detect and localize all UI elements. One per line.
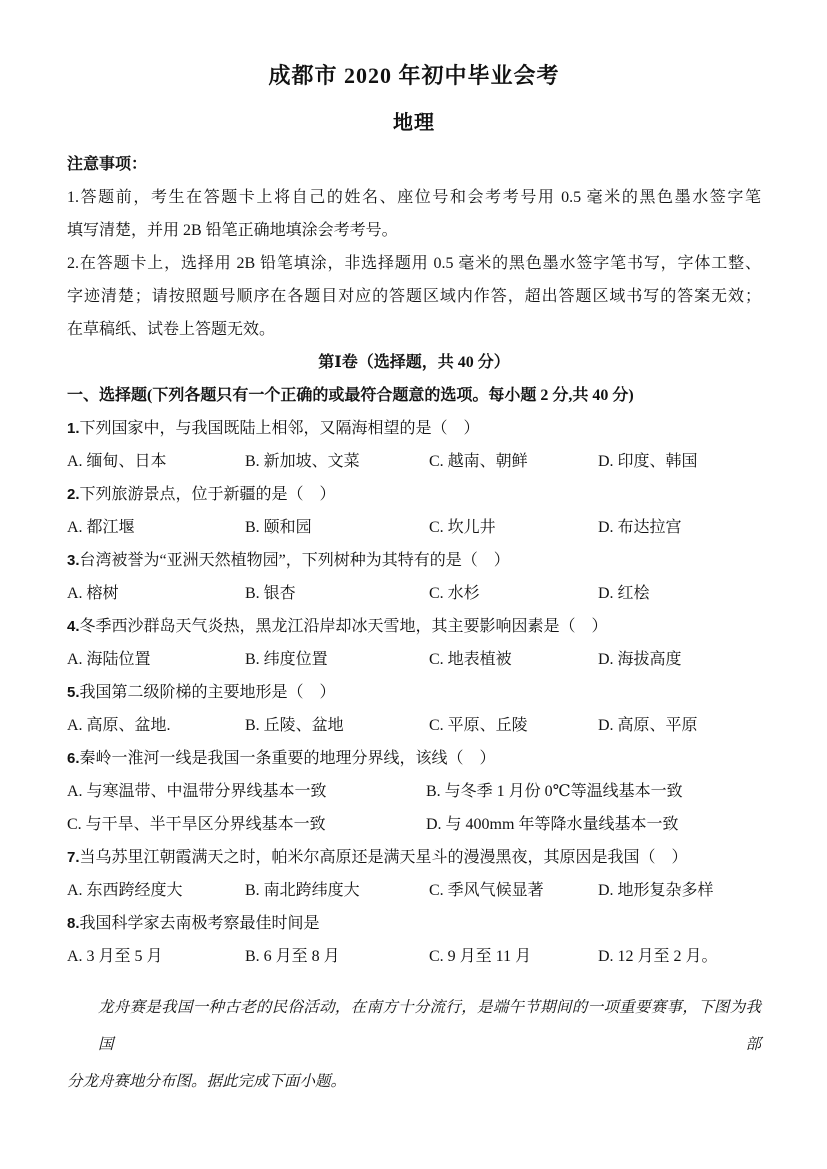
question-6-option-d: D. 与 400mm 年等降水量线基本一致 [426, 808, 761, 841]
notice-item2-line2: 字迹清楚；请按照题号顺序在各题目对应的答题区域内作答，超出答题区域书写的答案无效… [67, 280, 761, 313]
question-7-option-b: B. 南北跨纬度大 [245, 874, 429, 907]
passage-line-1: 龙舟赛是我国一种古老的民俗活动，在南方十分流行，是端午节期间的一项重要赛事，下图… [67, 989, 761, 1063]
question-5-option-c: C. 平原、丘陵 [429, 709, 598, 742]
question-8-option-d: D. 12 月至 2 月。 [598, 940, 761, 973]
question-6-options-row2: C. 与干旱、半干旱区分界线基本一致 D. 与 400mm 年等降水量线基本一致 [67, 808, 761, 841]
question-2-option-d: D. 布达拉宫 [598, 511, 761, 544]
question-7-stem: 7.当乌苏里江朝霞满天之时，帕米尔高原还是满天星斗的漫漫黑夜，其原因是我国（ ） [67, 841, 761, 874]
question-1-option-d: D. 印度、韩国 [598, 445, 761, 478]
question-4-number: 4. [67, 618, 80, 635]
question-2-stem: 2.下列旅游景点，位于新疆的是（ ） [67, 478, 761, 511]
question-4-option-c: C. 地表植被 [429, 643, 598, 676]
notice-item2-line1: 2.在答题卡上，选择用 2B 铅笔填涂，非选择题用 0.5 毫米的黑色墨水签字笔… [67, 247, 761, 280]
question-1-options: A. 缅甸、日本 B. 新加坡、文菜 C. 越南、朝鲜 D. 印度、韩国 [67, 445, 761, 478]
question-2-number: 2. [67, 486, 80, 503]
question-3-stem: 3.台湾被誉为“亚洲天然植物园”，下列树种为其特有的是（ ） [67, 544, 761, 577]
question-2-option-b: B. 颐和园 [245, 511, 429, 544]
question-4-option-a: A. 海陆位置 [67, 643, 245, 676]
question-8-text: 我国科学家去南极考察最佳时间是 [80, 915, 320, 932]
question-1-option-a: A. 缅甸、日本 [67, 445, 245, 478]
notice-item1-line2: 填写清楚，并用 2B 铅笔正确地填涂会考考号。 [67, 214, 761, 247]
question-5-option-b: B. 丘陵、盆地 [245, 709, 429, 742]
question-1-text: 下列国家中，与我国既陆上相邻，又隔海相望的是（ ） [80, 420, 480, 437]
question-5-option-a: A. 高原、盆地. [67, 709, 245, 742]
question-5-stem: 5.我国第二级阶梯的主要地形是（ ） [67, 676, 761, 709]
question-6-number: 6. [67, 750, 80, 767]
question-2-text: 下列旅游景点，位于新疆的是（ ） [80, 486, 336, 503]
question-7-number: 7. [67, 849, 80, 866]
question-7-option-c: C. 季风气候显著 [429, 874, 598, 907]
question-8-options: A. 3 月至 5 月 B. 6 月至 8 月 C. 9 月至 11 月 D. … [67, 940, 761, 973]
question-5-number: 5. [67, 684, 80, 701]
question-6-stem: 6.秦岭一淮河一线是我国一条重要的地理分界线，该线（ ） [67, 742, 761, 775]
passage-line-2: 分龙舟赛地分布图。据此完成下面小题。 [67, 1063, 761, 1100]
page-title: 成都市 2020 年初中毕业会考 [67, 60, 761, 92]
question-1-option-b: B. 新加坡、文菜 [245, 445, 429, 478]
question-3-option-c: C. 水杉 [429, 577, 598, 610]
question-3-options: A. 榕树 B. 银杏 C. 水杉 D. 红桧 [67, 577, 761, 610]
question-6-text: 秦岭一淮河一线是我国一条重要的地理分界线，该线（ ） [80, 750, 496, 767]
question-3-option-a: A. 榕树 [67, 577, 245, 610]
question-2-option-c: C. 坎儿井 [429, 511, 598, 544]
question-4-text: 冬季西沙群岛天气炎热，黑龙江沿岸却冰天雪地，其主要影响因素是（ ） [80, 618, 608, 635]
question-4-option-b: B. 纬度位置 [245, 643, 429, 676]
question-7-options: A. 东西跨经度大 B. 南北跨纬度大 C. 季风气候显著 D. 地形复杂多样 [67, 874, 761, 907]
notice-item2-line3: 在草稿纸、试卷上答题无效。 [67, 313, 761, 346]
question-3-option-d: D. 红桧 [598, 577, 761, 610]
question-8-option-b: B. 6 月至 8 月 [245, 940, 429, 973]
question-4-stem: 4.冬季西沙群岛天气炎热，黑龙江沿岸却冰天雪地，其主要影响因素是（ ） [67, 610, 761, 643]
question-1-number: 1. [67, 420, 80, 437]
part-heading: 一、选择题(下列各题只有一个正确的或最符合题意的选项。每小题 2 分,共 40 … [67, 379, 761, 412]
question-3-number: 3. [67, 552, 80, 569]
question-4-option-d: D. 海拔高度 [598, 643, 761, 676]
question-3-option-b: B. 银杏 [245, 577, 429, 610]
question-4-options: A. 海陆位置 B. 纬度位置 C. 地表植被 D. 海拔高度 [67, 643, 761, 676]
question-8-option-a: A. 3 月至 5 月 [67, 940, 245, 973]
question-8-option-c: C. 9 月至 11 月 [429, 940, 598, 973]
passage-dragon-boat: 龙舟赛是我国一种古老的民俗活动，在南方十分流行，是端午节期间的一项重要赛事，下图… [67, 989, 761, 1100]
question-5-options: A. 高原、盆地. B. 丘陵、盆地 C. 平原、丘陵 D. 高原、平原 [67, 709, 761, 742]
question-6-options-row1: A. 与寒温带、中温带分界线基本一致 B. 与冬季 1 月份 0℃等温线基本一致 [67, 775, 761, 808]
question-5-text: 我国第二级阶梯的主要地形是（ ） [80, 684, 336, 701]
question-1-option-c: C. 越南、朝鲜 [429, 445, 598, 478]
notice-heading: 注意事项： [67, 148, 761, 181]
question-2-option-a: A. 都江堰 [67, 511, 245, 544]
question-6-option-b: B. 与冬季 1 月份 0℃等温线基本一致 [426, 775, 761, 808]
question-2-options: A. 都江堰 B. 颐和园 C. 坎儿井 D. 布达拉宫 [67, 511, 761, 544]
notice-item1-line1: 1.答题前，考生在答题卡上将自己的姓名、座位号和会考考号用 0.5 毫米的黑色墨… [67, 181, 761, 214]
question-7-option-a: A. 东西跨经度大 [67, 874, 245, 907]
question-7-text: 当乌苏里江朝霞满天之时，帕米尔高原还是满天星斗的漫漫黑夜，其原因是我国（ ） [80, 849, 688, 866]
question-6-option-a: A. 与寒温带、中温带分界线基本一致 [67, 775, 426, 808]
question-7-option-d: D. 地形复杂多样 [598, 874, 761, 907]
exam-paper-page: 成都市 2020 年初中毕业会考 地理 注意事项： 1.答题前，考生在答题卡上将… [0, 0, 827, 1169]
question-8-stem: 8.我国科学家去南极考察最佳时间是 [67, 907, 761, 940]
subject-title: 地理 [67, 108, 761, 138]
question-6-option-c: C. 与干旱、半干旱区分界线基本一致 [67, 808, 426, 841]
volume-heading: 第Ⅰ卷（选择题，共 40 分） [67, 346, 761, 379]
question-5-option-d: D. 高原、平原 [598, 709, 761, 742]
question-1-stem: 1.下列国家中，与我国既陆上相邻，又隔海相望的是（ ） [67, 412, 761, 445]
question-8-number: 8. [67, 915, 80, 932]
question-3-text: 台湾被誉为“亚洲天然植物园”，下列树种为其特有的是（ ） [80, 552, 510, 569]
